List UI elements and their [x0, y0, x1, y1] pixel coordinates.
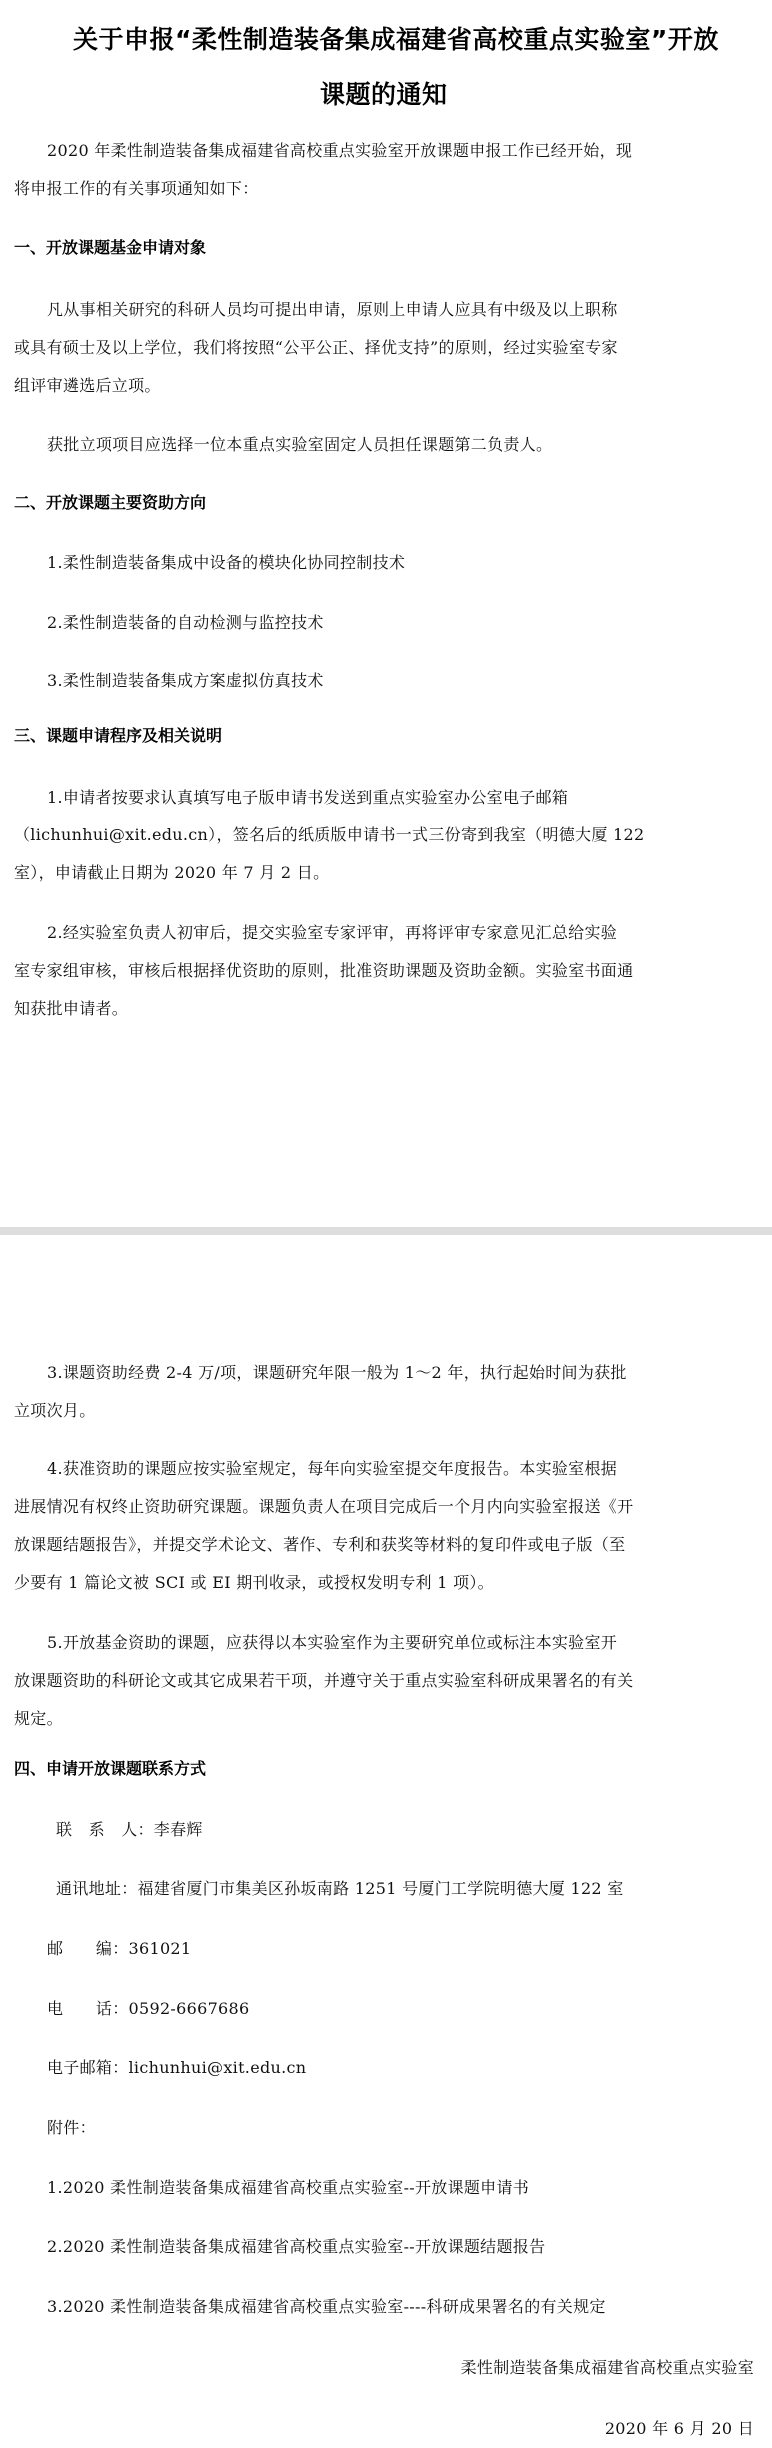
contact-address: 通讯地址：福建省厦门市集美区孙坂南路 1251 号厦门工学院明德大厦 122 室 — [56, 1876, 624, 1899]
contact-person: 联 系 人：李春辉 — [56, 1817, 203, 1840]
attachment-3[interactable]: 3.2020 柔性制造装备集成福建省高校重点实验室----科研成果署名的有关规定 — [47, 2294, 606, 2317]
section-3-para-2-line-2: 室专家组审核，审核后根据择优资助的原则，批准资助课题及资助金额。实验室书面通 — [14, 958, 633, 981]
section-1-para-1-line-3: 组评审遴选后立项。 — [14, 373, 161, 396]
attachments-label: 附件： — [47, 2115, 96, 2138]
page-separator — [0, 1227, 772, 1235]
section-3-para-3-line-1: 3.课题资助经费 2-4 万/项，课题研究年限一般为 1～2 年，执行起始时间为… — [47, 1360, 627, 1383]
section-3-para-4-line-4: 少要有 1 篇论文被 SCI 或 EI 期刊收录，或授权发明专利 1 项）。 — [14, 1570, 494, 1593]
section-2-heading: 二、开放课题主要资助方向 — [14, 490, 206, 513]
section-3-para-1-line-1: 1.申请者按要求认真填写电子版申请书发送到重点实验室办公室电子邮箱 — [47, 785, 568, 808]
section-3-para-3-line-2: 立项次月。 — [14, 1398, 96, 1421]
section-1-para-1-line-2: 或具有硕士及以上学位，我们将按照“公平公正、择优支持”的原则，经过实验室专家 — [14, 335, 618, 358]
section-3-para-2-line-3: 知获批申请者。 — [14, 996, 128, 1019]
intro-line-2: 将申报工作的有关事项通知如下： — [14, 176, 259, 199]
section-3-para-2-line-1: 2.经实验室负责人初审后，提交实验室专家评审，再将评审专家意见汇总给实验 — [47, 920, 617, 943]
document-title-line2: 课题的通知 — [320, 75, 448, 111]
attachment-1[interactable]: 1.2020 柔性制造装备集成福建省高校重点实验室--开放课题申请书 — [47, 2175, 529, 2198]
section-3-para-5-line-2: 放课题资助的科研论文或其它成果若干项，并遵守关于重点实验室科研成果署名的有关 — [14, 1668, 633, 1691]
intro-line-1: 2020 年柔性制造装备集成福建省高校重点实验室开放课题申报工作已经开始，现 — [47, 138, 632, 161]
section-2-item-3: 3.柔性制造装备集成方案虚拟仿真技术 — [47, 668, 324, 691]
date: 2020 年 6 月 20 日 — [605, 2416, 754, 2439]
section-1-heading: 一、开放课题基金申请对象 — [14, 235, 206, 258]
section-2-item-2: 2.柔性制造装备的自动检测与监控技术 — [47, 610, 324, 633]
section-1-para-2: 获批立项项目应选择一位本重点实验室固定人员担任课题第二负责人。 — [47, 432, 552, 455]
section-1-para-1-line-1: 凡从事相关研究的科研人员均可提出申请，原则上申请人应具有中级及以上职称 — [47, 297, 618, 320]
section-3-heading: 三、课题申请程序及相关说明 — [14, 723, 222, 746]
attachment-2[interactable]: 2.2020 柔性制造装备集成福建省高校重点实验室--开放课题结题报告 — [47, 2234, 545, 2257]
section-4-heading: 四、申请开放课题联系方式 — [14, 1756, 206, 1779]
document-title-line1: 关于申报“柔性制造装备集成福建省高校重点实验室”开放 — [73, 20, 719, 56]
section-3-para-1-line-2: （lichunhui@xit.edu.cn），签名后的纸质版申请书一式三份寄到我… — [14, 822, 645, 845]
section-2-item-1: 1.柔性制造装备集成中设备的模块化协同控制技术 — [47, 550, 405, 573]
section-3-para-5-line-1: 5.开放基金资助的课题，应获得以本实验室作为主要研究单位或标注本实验室开 — [47, 1630, 617, 1653]
signature: 柔性制造装备集成福建省高校重点实验室 — [461, 2355, 754, 2378]
section-3-para-5-line-3: 规定。 — [14, 1706, 63, 1729]
section-3-para-4-line-2: 进展情况有权终止资助研究课题。课题负责人在项目完成后一个月内向实验室报送《开 — [14, 1494, 633, 1517]
contact-email[interactable]: 电子邮箱：lichunhui@xit.edu.cn — [47, 2055, 306, 2078]
section-3-para-4-line-3: 放课题结题报告》，并提交学术论文、著作、专利和获奖等材料的复印件或电子版（至 — [14, 1532, 625, 1555]
section-3-para-1-line-3: 室），申请截止日期为 2020 年 7 月 2 日。 — [14, 860, 329, 883]
section-3-para-4-line-1: 4.获准资助的课题应按实验室规定，每年向实验室提交年度报告。本实验室根据 — [47, 1456, 617, 1479]
contact-phone: 电 话：0592-6667686 — [47, 1996, 249, 2019]
contact-postcode: 邮 编：361021 — [47, 1936, 191, 1959]
